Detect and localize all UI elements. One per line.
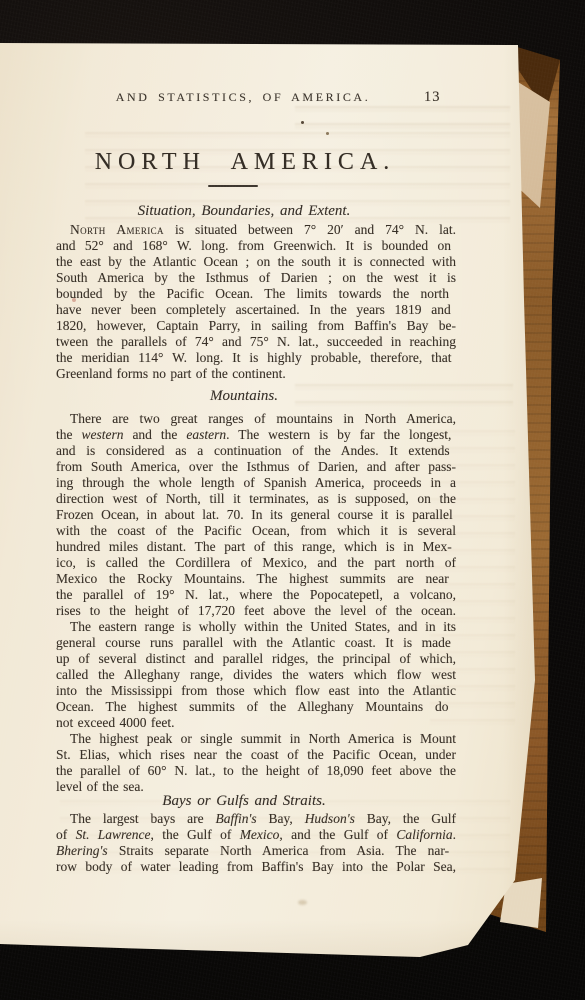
text-segment: 1820, however, Captain Parry, in sailing… <box>56 318 456 333</box>
text-line: called the Alleghany range, divides the … <box>56 667 456 683</box>
text-segment: is situated between 7° 20′ and 74° N. la… <box>164 222 456 237</box>
text-line: 1820, however, Captain Parry, in sailing… <box>56 318 456 334</box>
text-segment: the <box>56 427 81 442</box>
paragraph: The eastern range is wholly within the U… <box>56 619 456 731</box>
text-line: hundred miles distant. The part of this … <box>56 539 456 555</box>
text-line: ing through the whole length of Spanish … <box>56 475 456 491</box>
sections: Situation, Boundaries, and Extent.North … <box>56 202 456 875</box>
text-segment: general course runs parallel with the At… <box>56 635 451 650</box>
text-line: direction west of North, till it termina… <box>56 491 456 507</box>
text-line: of St. Lawrence, the Gulf of Mexico, and… <box>56 827 456 843</box>
text-segment: and is considered as a continuation of t… <box>56 443 450 458</box>
text-segment: Frozen Ocean, in about lat. 70. In its g… <box>56 507 453 522</box>
ink-speck <box>326 132 329 135</box>
page-number: 13 <box>424 89 441 106</box>
text-segment: Mexico <box>240 827 280 842</box>
text-segment: of <box>56 827 76 842</box>
section-heading: Situation, Boundaries, and Extent. <box>56 202 456 220</box>
text-segment: St. Elias, which rises near the coast of… <box>56 747 456 762</box>
text-line: tween the parallels of 74° and 75° N. la… <box>56 334 456 350</box>
text-line: Mexico the Rocky Mountains. The highest … <box>56 571 456 587</box>
text-segment: , the Gulf of <box>151 827 240 842</box>
text-segment: from South America, over the Isthmus of … <box>56 459 456 474</box>
text-segment: ing through the whole length of Spanish … <box>56 475 456 490</box>
text-segment: North America <box>70 222 164 237</box>
ink-speck <box>298 900 307 905</box>
text-line: into the Mississippi from those which fl… <box>56 683 456 699</box>
paragraph: The largest bays are Baffin's Bay, Hudso… <box>56 811 456 875</box>
text-segment: There are two great ranges of mountains … <box>70 411 456 426</box>
text-segment: Hudson's <box>305 811 355 826</box>
text-line: Bhering's Straits separate North America… <box>56 843 456 859</box>
text-line: St. Elias, which rises near the coast of… <box>56 747 456 763</box>
text-line: not exceed 4000 feet. <box>56 715 456 731</box>
text-line: rises to the height of 17,720 feet above… <box>56 603 456 619</box>
text-segment: row body of water leading from Baffin's … <box>56 859 456 874</box>
text-segment: up of several distinct and parallel ridg… <box>56 651 456 666</box>
text-line: and 52° and 168° W. long. from Greenwich… <box>56 238 456 254</box>
text-segment: with the coast of the Pacific Ocean, fro… <box>56 523 456 538</box>
text-segment: Greenland forms no part of the continent… <box>56 366 286 381</box>
text-line: with the coast of the Pacific Ocean, fro… <box>56 523 456 539</box>
text-line: from South America, over the Isthmus of … <box>56 459 456 475</box>
text-segment: Bay, the Gulf <box>355 811 456 826</box>
text-segment: and the <box>123 427 186 442</box>
text-segment: The highest peak or single summit in Nor… <box>70 731 456 746</box>
text-line: the meridian 114° W. long. It is highly … <box>56 350 456 366</box>
text-line: There are two great ranges of mountains … <box>56 411 456 427</box>
text-line: the western and the eastern. The western… <box>56 427 456 443</box>
text-segment: into the Mississippi from those which fl… <box>56 683 456 698</box>
text-segment: level of the sea. <box>56 779 144 794</box>
text-segment: The eastern range is wholly within the U… <box>70 619 456 634</box>
text-segment: . The western is by far the longest, <box>226 427 451 442</box>
text-segment: The largest bays are <box>70 811 216 826</box>
text-segment: western <box>81 427 123 442</box>
text-segment: the parallel of 19° N. lat., where the P… <box>56 587 456 602</box>
text-segment: Bhering's <box>56 843 108 858</box>
page-header: AND STATISTICS, OF AMERICA. 13 <box>56 90 456 106</box>
text-line: Frozen Ocean, in about lat. 70. In its g… <box>56 507 456 523</box>
text-line: North America is situated between 7° 20′… <box>56 222 456 238</box>
text-segment: the east by the Atlantic Ocean ; on the … <box>56 254 456 269</box>
text-line: ico, is called the Cordillera of Mexico,… <box>56 555 456 571</box>
running-head: AND STATISTICS, OF AMERICA. <box>116 90 371 105</box>
text-segment: , and the Gulf of <box>279 827 396 842</box>
text-column: AND STATISTICS, OF AMERICA. 13 NORTH AME… <box>56 90 456 875</box>
text-segment: Bay, <box>257 811 305 826</box>
text-line: South America by the Isthmus of Darien ;… <box>56 270 456 286</box>
text-line: The largest bays are Baffin's Bay, Hudso… <box>56 811 456 827</box>
text-line: bounded by the Pacific Ocean. The limits… <box>56 286 456 302</box>
text-segment: the meridian 114° W. long. It is highly … <box>56 350 451 365</box>
text-segment: St. Lawrence <box>76 827 151 842</box>
ink-speck <box>301 121 304 124</box>
text-segment: direction west of North, till it termina… <box>56 491 456 506</box>
text-segment: and 52° and 168° W. long. from Greenwich… <box>56 238 451 253</box>
text-line: the parallel of 19° N. lat., where the P… <box>56 587 456 603</box>
text-line: the east by the Atlantic Ocean ; on the … <box>56 254 456 270</box>
text-line: Ocean. The highest summits of the Allegh… <box>56 699 456 715</box>
text-segment: California <box>396 827 452 842</box>
text-line: row body of water leading from Baffin's … <box>56 859 456 875</box>
text-segment: Mexico the Rocky Mountains. The highest … <box>56 571 449 586</box>
paragraph: North America is situated between 7° 20′… <box>56 222 456 382</box>
text-segment: Ocean. The highest summits of the Allegh… <box>56 699 449 714</box>
text-line: the parallel of 60° N. lat., to the heig… <box>56 763 456 779</box>
section-heading: Mountains. <box>56 387 456 405</box>
text-segment: . <box>453 827 456 842</box>
text-segment: have never been completely ascertained. … <box>56 302 451 317</box>
text-line: general course runs parallel with the At… <box>56 635 456 651</box>
text-line: The highest peak or single summit in Nor… <box>56 731 456 747</box>
book-page: AND STATISTICS, OF AMERICA. 13 NORTH AME… <box>0 0 585 1000</box>
paragraph: The highest peak or single summit in Nor… <box>56 731 456 795</box>
text-segment: tween the parallels of 74° and 75° N. la… <box>56 334 456 349</box>
text-segment: called the Alleghany range, divides the … <box>56 667 456 682</box>
text-segment: ico, is called the Cordillera of Mexico,… <box>56 555 456 570</box>
text-segment: Straits separate North America from Asia… <box>108 843 450 858</box>
text-segment: hundred miles distant. The part of this … <box>56 539 452 554</box>
text-line: and is considered as a continuation of t… <box>56 443 456 459</box>
text-line: up of several distinct and parallel ridg… <box>56 651 456 667</box>
text-line: Greenland forms no part of the continent… <box>56 366 456 382</box>
text-segment: eastern <box>186 427 226 442</box>
photo-background: AND STATISTICS, OF AMERICA. 13 NORTH AME… <box>0 0 585 1000</box>
text-segment: rises to the height of 17,720 feet above… <box>56 603 456 618</box>
text-segment: not exceed 4000 feet. <box>56 715 174 730</box>
text-segment: South America by the Isthmus of Darien ;… <box>56 270 456 285</box>
text-segment: the parallel of 60° N. lat., to the heig… <box>56 763 456 778</box>
page-title: NORTH AMERICA. <box>56 148 456 176</box>
title-rule <box>208 185 258 187</box>
text-segment: bounded by the Pacific Ocean. The limits… <box>56 286 449 301</box>
paragraph: There are two great ranges of mountains … <box>56 411 456 619</box>
text-segment: Baffin's <box>216 811 257 826</box>
ink-speck <box>72 298 76 302</box>
text-line: The eastern range is wholly within the U… <box>56 619 456 635</box>
text-line: have never been completely ascertained. … <box>56 302 456 318</box>
